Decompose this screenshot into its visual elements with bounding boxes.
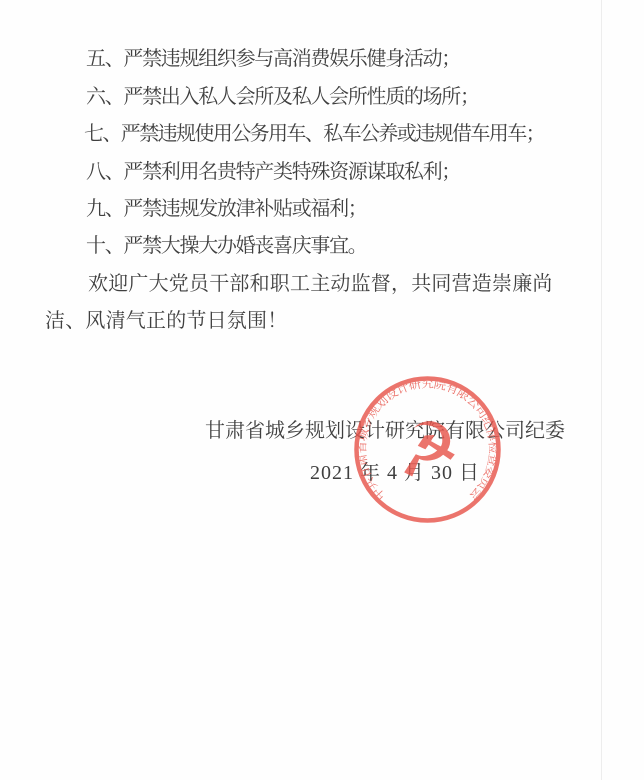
rule-item-6: 六、严禁出入私人会所及私人会所性质的场所； bbox=[86, 84, 479, 110]
rule-item-10: 十、严禁大操大办婚丧喜庆事宜。 bbox=[86, 233, 367, 259]
rule-item-9: 九、严禁违规发放津补贴或福利； bbox=[86, 196, 367, 222]
signature-organization: 甘肃省城乡规划设计研究院有限公司纪委 bbox=[205, 418, 565, 444]
rule-item-5: 五、严禁违规组织参与高消费娱乐健身活动； bbox=[86, 46, 460, 72]
official-red-seal: 中共甘肃省城乡规划设计研究院有限公司纪律检查委员会 ☭ bbox=[350, 372, 505, 527]
closing-paragraph-line-2: 洁、风清气正的节日氛围！ bbox=[45, 308, 287, 334]
rule-item-8: 八、严禁利用名贵特产类特殊资源谋取私利； bbox=[86, 159, 460, 185]
scanned-notice-page: 五、严禁违规组织参与高消费娱乐健身活动； 六、严禁出入私人会所及私人会所性质的场… bbox=[0, 0, 644, 780]
seal-ring bbox=[357, 379, 499, 521]
closing-paragraph-line-1: 欢迎广大党员干部和职工主动监督，共同营造崇廉尚 bbox=[88, 271, 553, 297]
rule-item-7: 七、严禁违规使用公务用车、私车公养或违规借车用车； bbox=[84, 121, 544, 147]
signature-date: 2021 年 4 月 30 日 bbox=[310, 460, 480, 486]
scan-edge-line bbox=[601, 0, 602, 780]
